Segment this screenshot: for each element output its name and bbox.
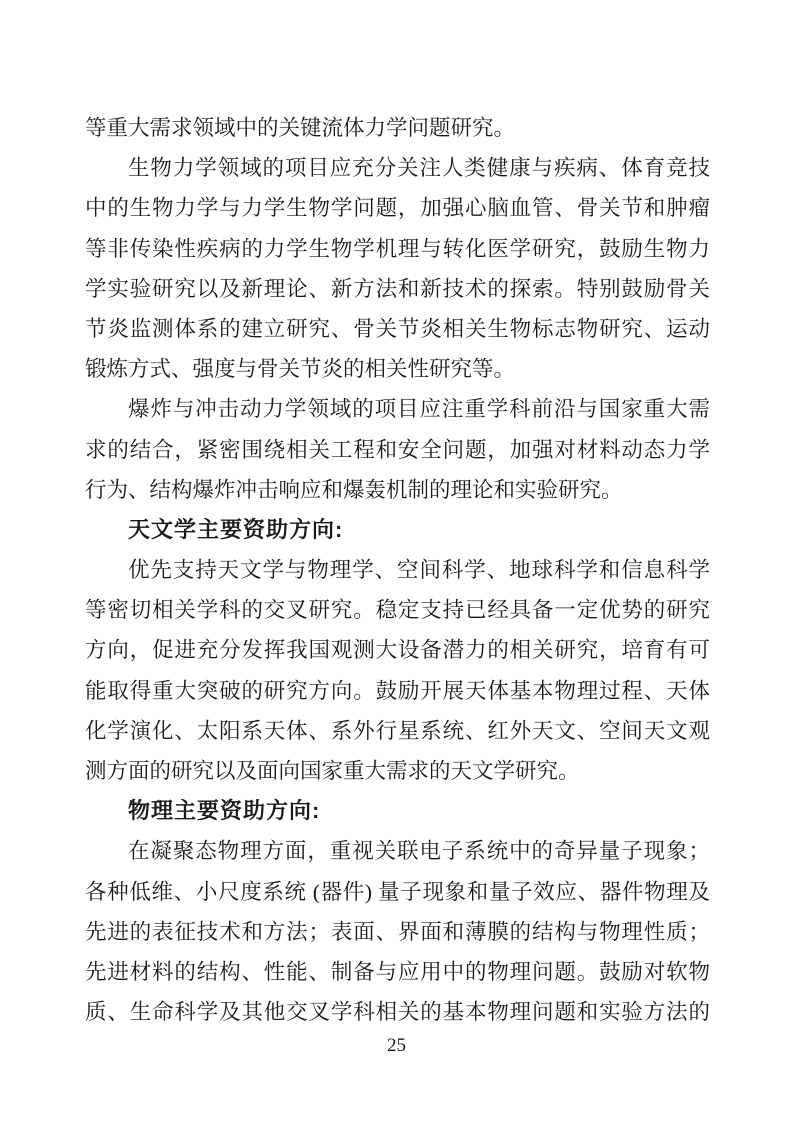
body-line: 在凝聚态物理方面，重视关联电子系统中的奇异量子现象；: [85, 831, 710, 871]
body-line: 各种低维、小尺度系统 (器件) 量子现象和量子效应、器件物理及: [85, 872, 710, 912]
page-number: 25: [0, 1035, 793, 1057]
body-line: 优先支持天文学与物理学、空间科学、地球科学和信息科学: [85, 550, 710, 590]
body-line: 节炎监测体系的建立研究、骨关节炎相关生物标志物研究、运动: [85, 309, 710, 349]
body-line: 化学演化、太阳系天体、系外行星系统、红外天文、空间天文观: [85, 711, 710, 751]
document-page: 等重大需求领域中的关键流体力学问题研究。 生物力学领域的项目应充分关注人类健康与…: [0, 0, 793, 1122]
body-line: 等密切相关学科的交叉研究。稳定支持已经具备一定优势的研究: [85, 590, 710, 630]
body-line: 行为、结构爆炸冲击响应和爆轰机制的理论和实验研究。: [85, 470, 710, 510]
section-heading-astronomy: 天文学主要资助方向:: [85, 510, 710, 550]
page-body-text: 等重大需求领域中的关键流体力学问题研究。 生物力学领域的项目应充分关注人类健康与…: [85, 108, 710, 1032]
body-line: 方向，促进充分发挥我国观测大设备潜力的相关研究，培育有可: [85, 630, 710, 670]
body-line: 中的生物力学与力学生物学问题，加强心脑血管、骨关节和肿瘤: [85, 188, 710, 228]
body-line: 先进材料的结构、性能、制备与应用中的物理问题。鼓励对软物: [85, 952, 710, 992]
body-line: 等重大需求领域中的关键流体力学问题研究。: [85, 108, 710, 148]
body-line: 能取得重大突破的研究方向。鼓励开展天体基本物理过程、天体: [85, 671, 710, 711]
body-line: 锻炼方式、强度与骨关节炎的相关性研究等。: [85, 349, 710, 389]
body-line: 质、生命科学及其他交叉学科相关的基本物理问题和实验方法的: [85, 992, 710, 1032]
body-line: 生物力学领域的项目应充分关注人类健康与疾病、体育竞技: [85, 148, 710, 188]
body-line: 爆炸与冲击动力学领域的项目应注重学科前沿与国家重大需: [85, 389, 710, 429]
body-line: 求的结合，紧密围绕相关工程和安全问题，加强对材料动态力学: [85, 430, 710, 470]
body-line: 测方面的研究以及面向国家重大需求的天文学研究。: [85, 751, 710, 791]
body-line: 等非传染性疾病的力学生物学机理与转化医学研究，鼓励生物力: [85, 229, 710, 269]
body-line: 学实验研究以及新理论、新方法和新技术的探索。特别鼓励骨关: [85, 269, 710, 309]
section-heading-physics: 物理主要资助方向:: [85, 791, 710, 831]
body-line: 先进的表征技术和方法；表面、界面和薄膜的结构与物理性质；: [85, 912, 710, 952]
